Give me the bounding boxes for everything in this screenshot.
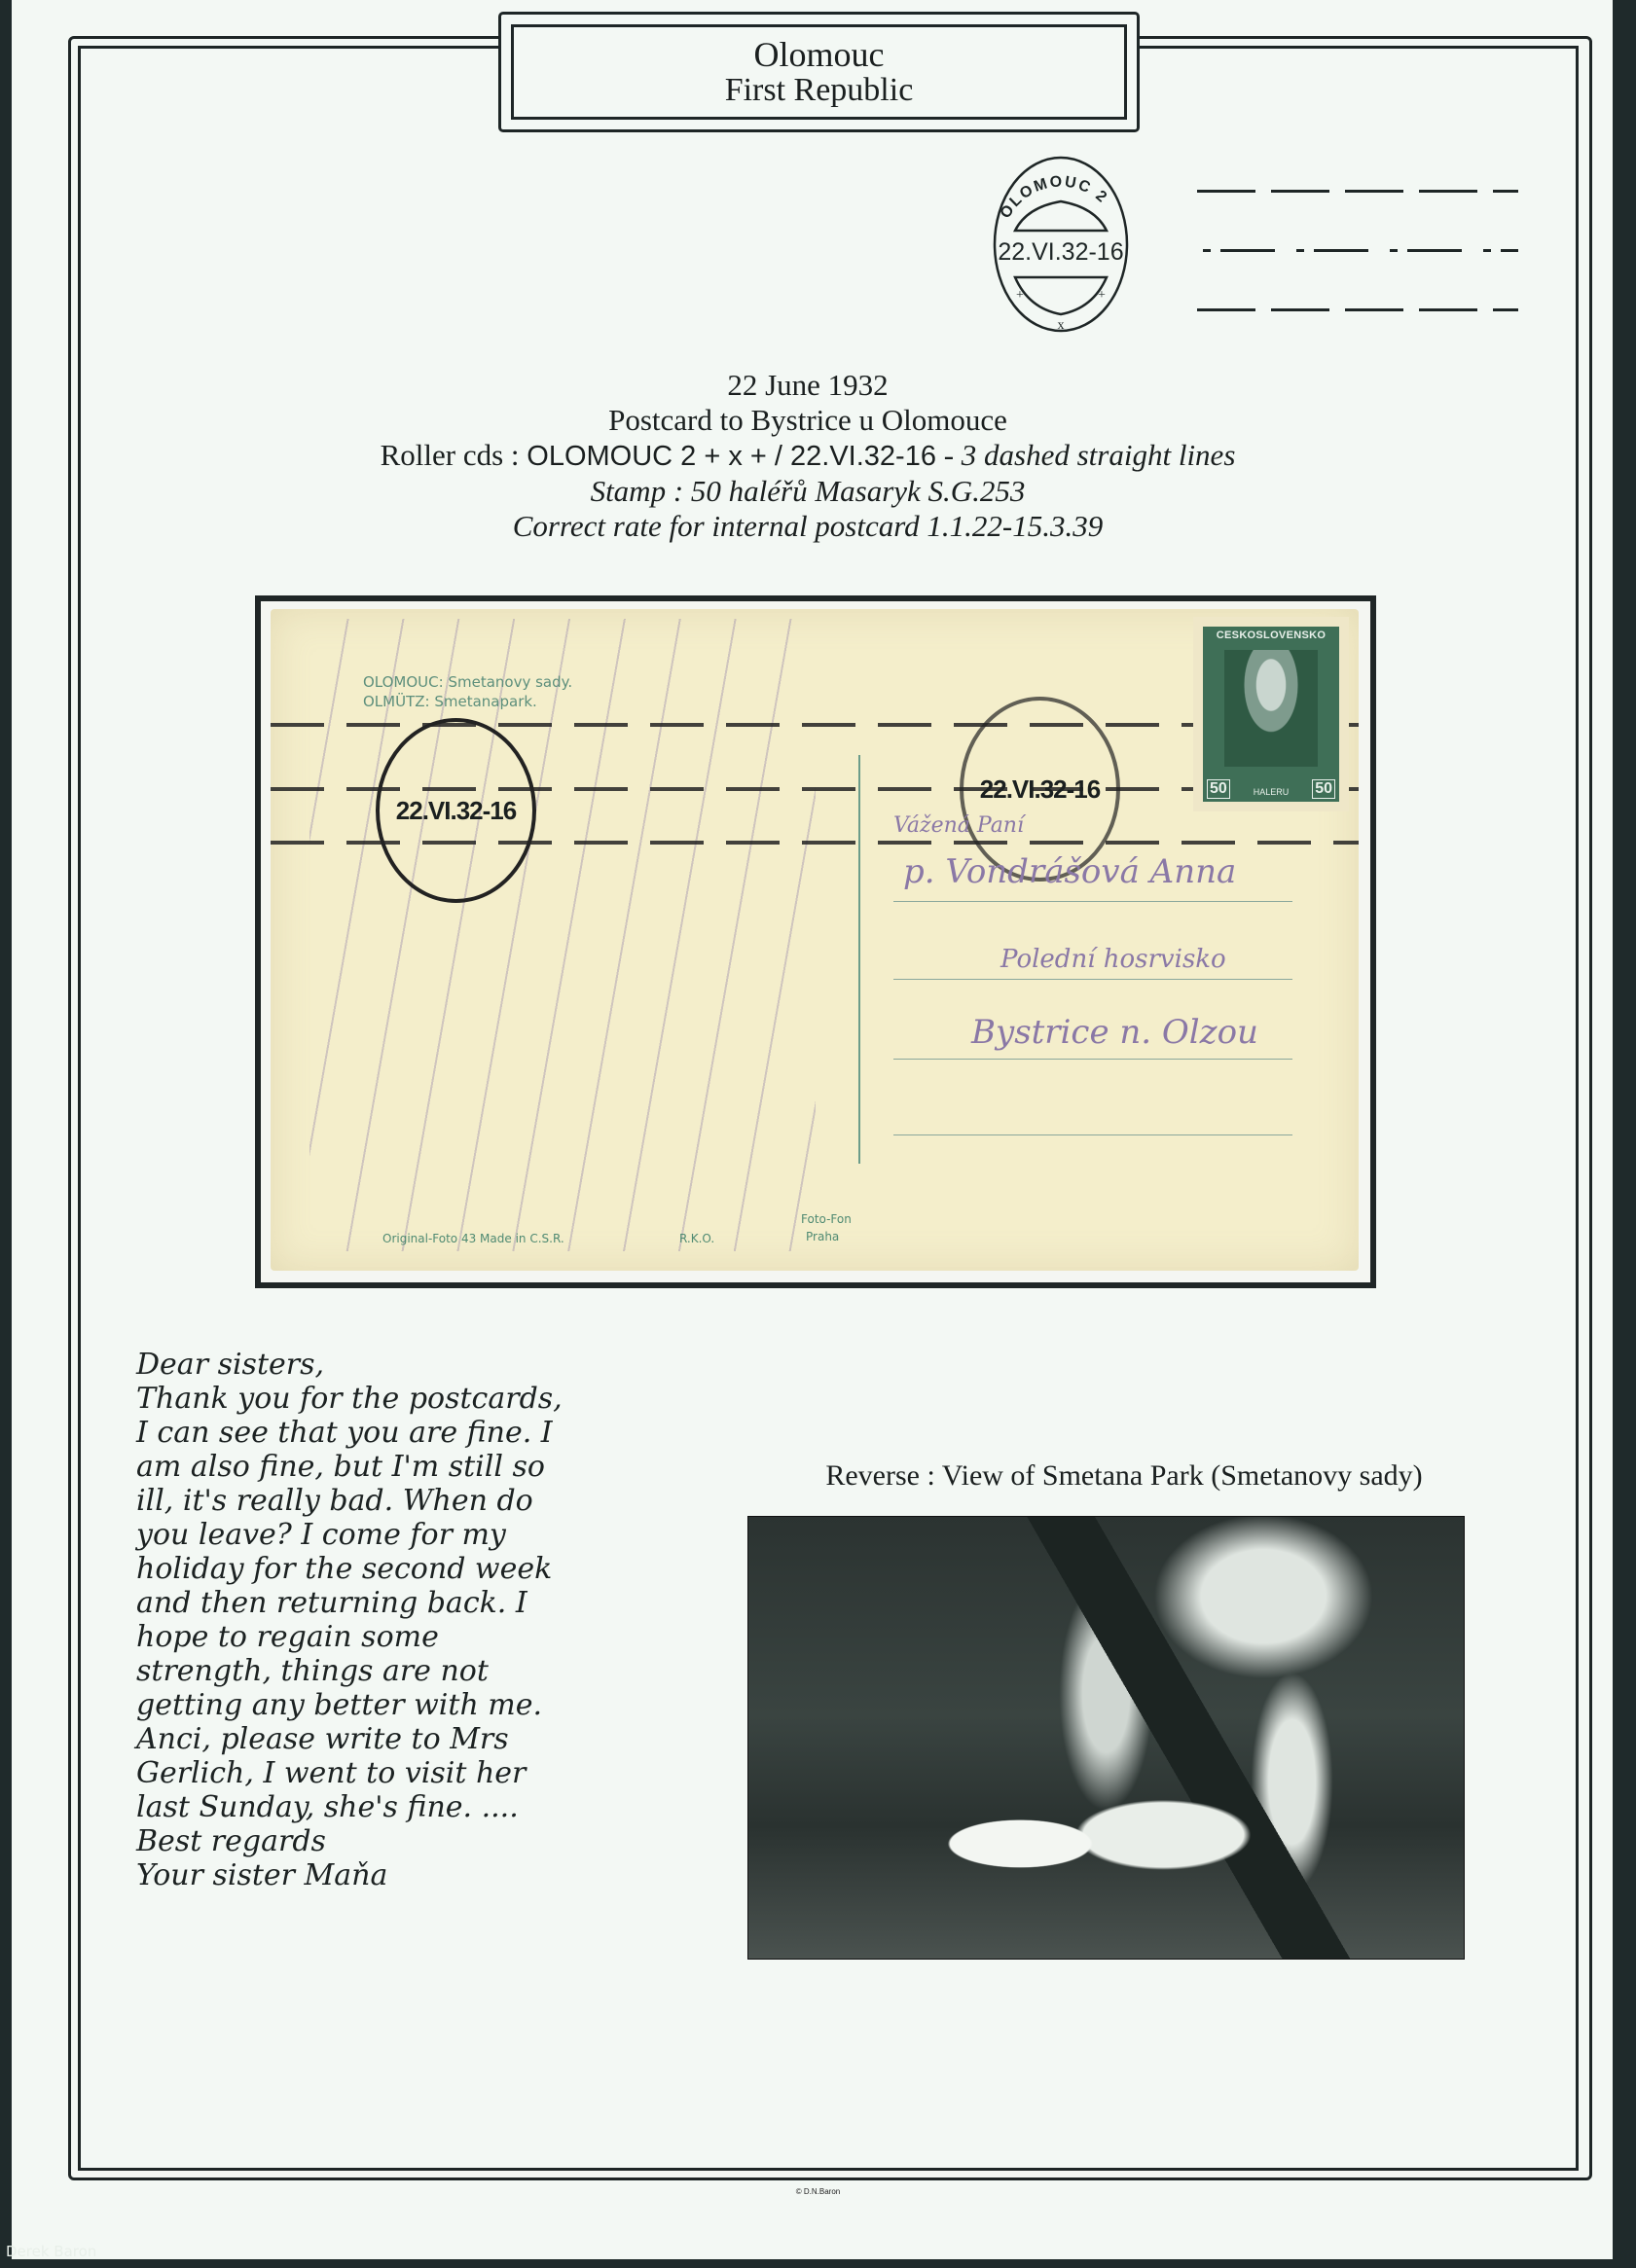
roller-cancel-left: 22.VI.32-16 (376, 718, 536, 903)
copyright-notice: © D.N.Baron (0, 2187, 1636, 2196)
message-transcription: Dear sisters,Thank you for the postcards… (136, 1348, 681, 1892)
transcription-line: I can see that you are fine. I (136, 1416, 681, 1450)
transcription-line: Your sister Maňa (136, 1858, 681, 1892)
dashed-lines-illustration (1197, 190, 1518, 368)
transcription-line: Best regards (136, 1824, 681, 1858)
transcription-line: holiday for the second week (136, 1552, 681, 1586)
item-description: 22 June 1932 Postcard to Bystrice u Olom… (117, 368, 1499, 544)
postcard-caption: OLOMOUC: Smetanovy sady. OLMÜTZ: Smetana… (363, 672, 572, 711)
transcription-line: Gerlich, I went to visit her (136, 1756, 681, 1790)
svg-text:x: x (1058, 318, 1065, 333)
item-title: Postcard to Bystrice u Olomouce (117, 403, 1499, 438)
transcription-line: strength, things are not (136, 1654, 681, 1688)
page-subtitle: First Republic (725, 73, 914, 108)
transcription-line: you leave? I come for my (136, 1518, 681, 1552)
title-box: Olomouc First Republic (498, 12, 1140, 132)
page-title: Olomouc (754, 36, 885, 73)
masaryk-portrait (1224, 650, 1318, 767)
postcard-image: OLOMOUC: Smetanovy sady. OLMÜTZ: Smetana… (271, 609, 1359, 1271)
rate-description: Correct rate for internal postcard 1.1.2… (117, 509, 1499, 544)
stamp-description: Stamp : 50 haléřů Masaryk S.G.253 (117, 474, 1499, 509)
transcription-line: getting any better with me. (136, 1688, 681, 1722)
postage-stamp: CESKOSLOVENSKO 50 HALERU 50 (1193, 617, 1349, 811)
transcription-line: last Sunday, she's fine. .... (136, 1790, 681, 1824)
transcription-line: and then returning back. I (136, 1586, 681, 1620)
postcard-mount: OLOMOUC: Smetanovy sady. OLMÜTZ: Smetana… (255, 595, 1376, 1288)
svg-text:+: + (1016, 288, 1024, 303)
reverse-photo-smetana-park (747, 1516, 1465, 1960)
watermark: Derek Baron (6, 2243, 96, 2260)
transcription-line: Dear sisters, (136, 1348, 681, 1382)
transcription-line: hope to regain some (136, 1620, 681, 1654)
transcription-line: am also fine, but I'm still so (136, 1450, 681, 1484)
cds-postmark-illustration: OLOMOUC 2 22.VI.32-16 + + x (988, 151, 1134, 338)
transcription-line: Anci, please write to Mrs (136, 1722, 681, 1756)
svg-text:22.VI.32-16: 22.VI.32-16 (998, 238, 1123, 266)
transcription-line: Thank you for the postcards, (136, 1382, 681, 1416)
address-divider (858, 755, 860, 1164)
roller-cancel-line: Roller cds : OLOMOUC 2 + x + / 22.VI.32-… (117, 438, 1499, 474)
transcription-line: ill, it's really bad. When do (136, 1484, 681, 1518)
svg-text:+: + (1098, 288, 1106, 303)
item-date: 22 June 1932 (117, 368, 1499, 403)
handwritten-message (309, 619, 816, 1251)
reverse-caption: Reverse : View of Smetana Park (Smetanov… (720, 1459, 1528, 1493)
